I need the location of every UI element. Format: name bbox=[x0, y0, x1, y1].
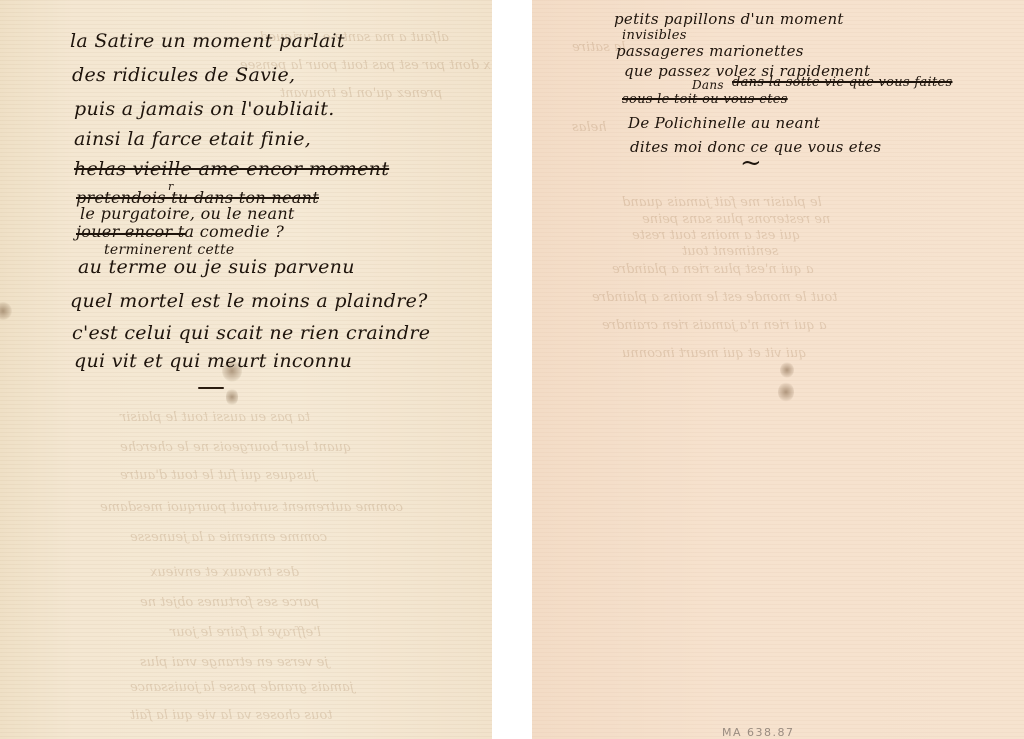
bleed-through-text: parce ses fortunes objet ne bbox=[140, 595, 319, 610]
interlinear-addition: invisibles bbox=[622, 28, 687, 43]
bleed-through-text: tous choses va la vie qui la fait bbox=[130, 708, 332, 723]
interlinear-correction: Dans bbox=[692, 78, 724, 92]
verse-line: De Polichinelle au neant bbox=[628, 114, 820, 132]
bleed-through-text: ta pas eu aussi tout le plaisir bbox=[120, 410, 310, 425]
bleed-through-text: je verse en etrange vrai plus bbox=[140, 655, 328, 670]
bleed-through-text: quant leur bourgeois ne le cherche bbox=[120, 440, 351, 455]
bleed-through-text: qui vit et qui meurt inconnu bbox=[622, 346, 807, 361]
bleed-through-text: comme autrement surtout pourquoi mesdame bbox=[100, 500, 403, 515]
struck-verse-line: dans la sotte vie que vous faites bbox=[732, 75, 952, 90]
bleed-through-text: comme ennemie a la jeunesse bbox=[130, 530, 327, 545]
verse-line: c'est celui qui scait ne rien craindre bbox=[72, 322, 430, 344]
ink-stain bbox=[226, 388, 238, 406]
bleed-through-text: tout le monde est le moins a plaindre bbox=[592, 290, 838, 305]
verse-line: le purgatoire, ou le neant bbox=[80, 204, 295, 223]
ink-stain bbox=[0, 302, 12, 320]
bleed-through-text: sentiment tout bbox=[682, 244, 779, 259]
right-manuscript-page: le plaisir me fait jamais quand ne reste… bbox=[532, 0, 1024, 739]
strikethrough-mark bbox=[76, 233, 186, 235]
verse-line: quel mortel est le moins a plaindre? bbox=[70, 290, 428, 312]
bleed-through-text: a qui rien n'a jamais rien craindre bbox=[602, 318, 827, 333]
closing-dash bbox=[198, 387, 224, 389]
shelfmark-stamp: MA 638.87 bbox=[722, 726, 795, 739]
verse-line: des ridicules de Savie, bbox=[72, 64, 295, 86]
left-manuscript-page: alfaut a ma sante o curiqued x dont par … bbox=[0, 0, 493, 739]
bleed-through-text: jamais grande passe la jouissance bbox=[130, 680, 354, 695]
verse-line: ainsi la farce etait finie, bbox=[74, 128, 311, 150]
bleed-through-text: helas bbox=[572, 120, 607, 135]
bleed-through-text: des travaux et envieux bbox=[150, 565, 299, 580]
verse-line-partially-struck: jouer encor ta comedie ? bbox=[76, 222, 284, 241]
bleed-through-text: jusques qui fut le tout d'autre bbox=[120, 468, 316, 483]
struck-verse-line: helas vieille ame encor moment bbox=[74, 158, 389, 180]
verse-line: petits papillons d'un moment bbox=[614, 10, 844, 28]
bleed-through-text: ne resterons plus sans peine bbox=[642, 212, 830, 227]
struck-verse-line: sous le toit ou vous etes bbox=[622, 92, 788, 107]
ink-stain bbox=[780, 362, 794, 378]
closing-flourish: ~ bbox=[740, 148, 762, 178]
verse-line: puis a jamais on l'oubliait. bbox=[74, 98, 335, 120]
ink-stain bbox=[778, 382, 794, 402]
verse-line: qui vit et qui meurt inconnu bbox=[74, 350, 352, 372]
bleed-through-text: l'effraye la faire le jour bbox=[170, 625, 321, 640]
bleed-through-text: a qui n'est plus rien a plaindre bbox=[612, 262, 814, 277]
bleed-through-text: le plaisir me fait jamais quand bbox=[622, 195, 822, 210]
page-gutter bbox=[492, 0, 532, 739]
verse-line: passageres marionettes bbox=[616, 42, 804, 60]
verse-line: la Satire un moment parlait bbox=[70, 30, 345, 52]
bleed-through-text: qui est a moins tout reste bbox=[632, 228, 800, 243]
verse-line: au terme ou je suis parvenu bbox=[78, 256, 355, 278]
